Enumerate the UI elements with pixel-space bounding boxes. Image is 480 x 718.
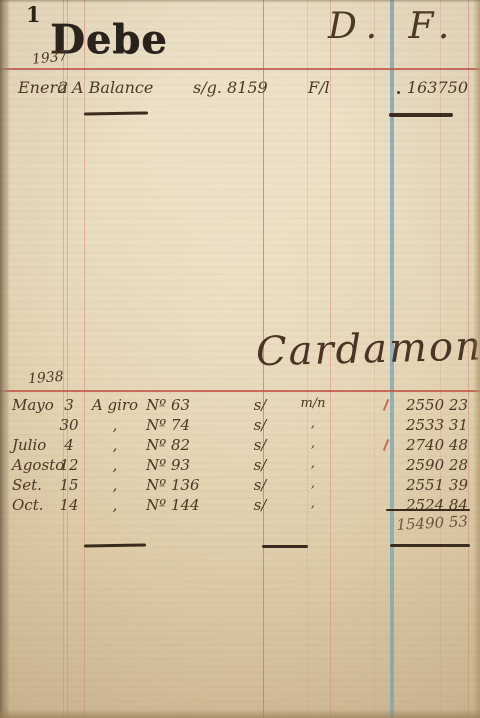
entry-amount: 2533 31	[396, 416, 468, 434]
ledger-row: 30 , Nº 74 s/ , 2533 31	[0, 416, 480, 436]
entry-currency: ,	[296, 456, 330, 471]
ledger-page: 1 Debe D. F. 1937 Enero 2 A Balance s/g.…	[0, 0, 480, 718]
entry-amount: 2740 48	[396, 436, 468, 454]
entry-description: A Balance	[72, 78, 153, 97]
entry-reference: s/g. 8159	[193, 78, 268, 97]
ledger-row: Julio 4 , Nº 82 s/ , 2740 48	[0, 436, 480, 456]
entry-description: ,	[86, 456, 144, 474]
entry-mark: s/	[248, 396, 272, 414]
entry-description: ,	[86, 476, 144, 494]
entry-month: Mayo	[12, 396, 54, 414]
rule-header-bottom	[0, 68, 480, 70]
entry-currency: m/n	[296, 396, 330, 411]
entry-day: 14	[56, 496, 82, 514]
entry-number: Nº 136	[146, 476, 200, 494]
entry-currency: ,	[296, 436, 330, 451]
entry-day: 4	[56, 436, 82, 454]
entry-number: Nº 144	[146, 496, 200, 514]
closing-stroke	[390, 544, 470, 547]
entry-mark: s/	[248, 476, 272, 494]
total-amount: 15490 53	[396, 512, 469, 534]
entry-amount: 2590 28	[396, 456, 468, 474]
entry-mark: s/	[248, 496, 272, 514]
ink-dot	[397, 91, 400, 94]
binding-edge	[0, 0, 10, 718]
ledger-row: Oct. 14 , Nº 144 s/ , 2524 84	[0, 496, 480, 516]
entry-description: ,	[86, 416, 144, 434]
entry-day: 30	[56, 416, 82, 434]
account-initials: D. F.	[328, 6, 459, 47]
entry-day: 15	[56, 476, 82, 494]
page-number: 1	[26, 2, 41, 27]
entry-day: 12	[56, 456, 82, 474]
ledger-row: Agosto 12 , Nº 93 s/ , 2590 28	[0, 456, 480, 476]
account-name: Cardamone	[255, 323, 480, 376]
rule-date-right	[67, 0, 68, 718]
entry-number: Nº 93	[146, 456, 190, 474]
closing-stroke	[262, 545, 308, 548]
entry-day: 2	[58, 78, 68, 97]
entry-mark: s/	[248, 456, 272, 474]
entry-amount: 2550 23	[396, 396, 468, 414]
page-edge-bottom	[0, 709, 480, 718]
ledger-row-1937: Enero 2 A Balance s/g. 8159 F/l 163750	[0, 78, 480, 98]
entry-currency: ,	[296, 416, 330, 431]
entry-description: A giro	[86, 396, 144, 414]
entry-folio: F/l	[308, 78, 330, 97]
rule-1938-top	[0, 390, 480, 392]
entry-month: Oct.	[12, 496, 44, 514]
ledger-row: Mayo 3 A giro Nº 63 s/ m/n 2550 23	[0, 396, 480, 416]
sum-line	[386, 509, 470, 511]
ledger-row: Set. 15 , Nº 136 s/ , 2551 39	[0, 476, 480, 496]
entry-day: 3	[56, 396, 82, 414]
entry-amount: 163750	[398, 78, 468, 97]
entry-mark: s/	[248, 416, 272, 434]
rule-date-left	[63, 0, 64, 718]
entry-description: ,	[86, 496, 144, 514]
entry-amount: 2551 39	[396, 476, 468, 494]
entry-description: ,	[86, 436, 144, 454]
entry-amount: 2524 84	[396, 496, 468, 514]
closing-stroke	[84, 111, 148, 115]
year-label-1938: 1938	[27, 369, 64, 387]
entry-number: Nº 63	[146, 396, 190, 414]
entry-mark: s/	[248, 436, 272, 454]
entry-number: Nº 82	[146, 436, 190, 454]
entry-number: Nº 74	[146, 416, 190, 434]
page-edge-right	[473, 0, 480, 718]
entry-currency: ,	[296, 476, 330, 491]
entry-currency: ,	[296, 496, 330, 511]
entry-month: Julio	[12, 436, 46, 454]
closing-stroke	[84, 543, 146, 547]
closing-stroke	[389, 113, 453, 117]
entry-month: Set.	[12, 476, 42, 494]
rule-posting	[84, 0, 85, 718]
page-edge-top	[0, 0, 480, 3]
